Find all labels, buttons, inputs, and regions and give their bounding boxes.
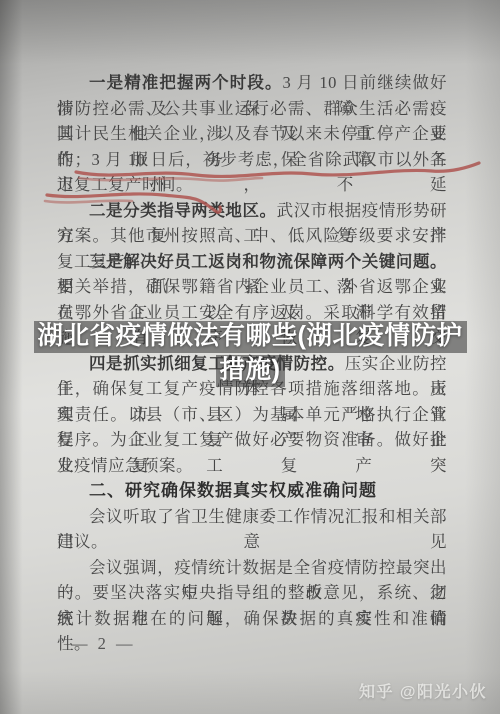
lead-in-bold-text: 一是精准把握两个时段。 [89,73,283,92]
lead-in-bold-text: 三是解决好员工返岗和物流保障两个关键问题。 [89,252,447,271]
document-line: 理责任。以县（市、区）为基本单元严格执行企业复工复产审批 [57,402,447,428]
body-text: 建议。 [57,532,108,551]
lead-in-bold-text: 二是分类指导两类地区。 [89,201,277,220]
document-line: 作；3 月 10 日后，初步考虑，全省除武汉市以外各市州，不延 [57,147,447,173]
body-text: 会议听取了省卫生健康委工作情况汇报和相关部门意见 [57,507,447,552]
overlay-title-line: 湖北省疫情做法有哪些(湖北疫情防护 [34,321,467,353]
document-line: 国计民生相关企业，以及春节以来未停工停产企业的服务保障工 [57,121,447,147]
document-line: 情防控必需、公共事业运行必需、群众生活必需、其他涉及重要 [57,96,447,122]
document-line: 相关举措，确保鄂籍省内企业员工、外省返鄂企业员工以及滞留 [57,274,447,300]
document-line: 方案。其他市州按照高、中、低风险等级要求安排复工复产。 [57,223,447,249]
overlay-title: 湖北省疫情做法有哪些(湖北疫情防护措施) [0,320,500,387]
overlay-title-row: 措施) [0,354,500,388]
page-number: — 2 — [57,631,447,657]
document-line: 一。要坚决落实中央指导组的整改意见，系统、彻底地解决疫情 [57,580,447,606]
document-line: 二是分类指导两类地区。武汉市根据疫情形势研究复工复产 [57,198,447,224]
photographed-document-background: 一是精准把握两个时段。3 月 10 日前继续做好涉及保障疫情防控必需、公共事业运… [0,0,500,714]
document-line: 一是精准把握两个时段。3 月 10 日前继续做好涉及保障疫 [57,70,447,96]
body-text: 发疫情应急预案。 [57,456,193,475]
document-line: 三是解决好员工返岗和物流保障两个关键问题。要抓紧落实 [57,249,447,275]
document-line: 会议强调，疫情统计数据是全省疫情防控最突出的短板之 [57,555,447,581]
overlay-title-row: 湖北省疫情做法有哪些(湖北疫情防护 [0,320,500,354]
document-line: 统计数据存在的问题，确保数据的真实性和准确性。 [57,606,447,632]
document-line: 程序。为企业复工复产做好必要物资准备。做好企业复工复产突 [57,427,447,453]
body-text: — 2 — [71,634,136,653]
body-text: 迟复工复产时间。 [57,175,193,194]
section-heading: 二、研究确保数据真实权威准确问题 [57,478,447,504]
watermark: 知乎 @阳光小伙 [359,679,487,702]
lead-in-bold-text: 二、研究确保数据真实权威准确问题 [89,481,377,500]
overlay-title-line: 措施) [216,355,285,387]
document-line: 会议听取了省卫生健康委工作情况汇报和相关部门意见 [57,504,447,530]
